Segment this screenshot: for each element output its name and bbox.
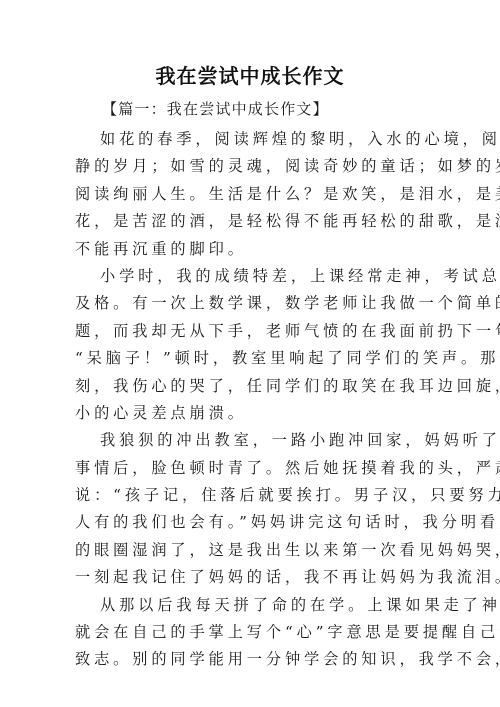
document-body: 如花的春季，阅读辉煌的黎明，入水的心境，阅读幽静的岁月；如雪的灵魂，阅读奇妙的童…	[75, 126, 435, 674]
text-line: 的眼圈湿润了，这是我出生以来第一次看见妈妈哭，从那	[75, 537, 435, 564]
text-line: 事情后，脸色顿时青了。然后她抚摸着我的头，严肃的	[75, 455, 435, 482]
text-line: 致志。别的同学能用一分钟学会的知识，我学不会，那么	[75, 646, 435, 673]
text-line: 及格。有一次上数学课，数学老师让我做一个简单的解答	[75, 290, 435, 317]
text-line: 小的心灵差点崩溃。	[75, 400, 435, 427]
text-line: 就会在自己的手掌上写个“心”字意思是要提醒自己专心	[75, 619, 435, 646]
text-line: 花，是苦涩的酒，是轻松得不能再轻松的甜歌，是沉重得	[75, 208, 435, 235]
text-line: 人有的我们也会有。”妈妈讲完这句话时，我分明看见她	[75, 509, 435, 536]
text-line: 不能再沉重的脚印。	[75, 236, 435, 263]
document-title: 我在尝试中成长作文	[0, 60, 500, 89]
section-heading: 【篇一：我在尝试中成长作文】	[102, 98, 329, 119]
text-line: 题，而我却无从下手，老师气愤的在我面前扔下一句：	[75, 318, 435, 345]
text-line: 从那以后我每天拼了命的在学。上课如果走了神，我	[75, 592, 435, 619]
text-line: 阅读绚丽人生。生活是什么？是欢笑，是泪水，是美妙的	[75, 181, 435, 208]
text-line: 说：“孩子记，住落后就要挨打。男子汉，只要努力，别	[75, 482, 435, 509]
text-line: “呆脑子！”顿时，教室里响起了同学们的笑声。那一	[75, 345, 435, 372]
text-line: 我狼狈的冲出教室，一路小跑冲回家，妈妈听了我的	[75, 427, 435, 454]
text-line: 一刻起我记住了妈妈的话，我不再让妈妈为我流泪。	[75, 564, 435, 591]
document-page: 我在尝试中成长作文 【篇一：我在尝试中成长作文】 如花的春季，阅读辉煌的黎明，入…	[0, 0, 500, 707]
text-line: 刻，我伤心的哭了，任同学们的取笑在我耳边回旋，我幼	[75, 373, 435, 400]
text-line: 静的岁月；如雪的灵魂，阅读奇妙的童话；如梦的岁月，	[75, 153, 435, 180]
text-line: 如花的春季，阅读辉煌的黎明，入水的心境，阅读幽	[75, 126, 435, 153]
text-line: 小学时，我的成绩特差，上课经常走神，考试总是不	[75, 263, 435, 290]
